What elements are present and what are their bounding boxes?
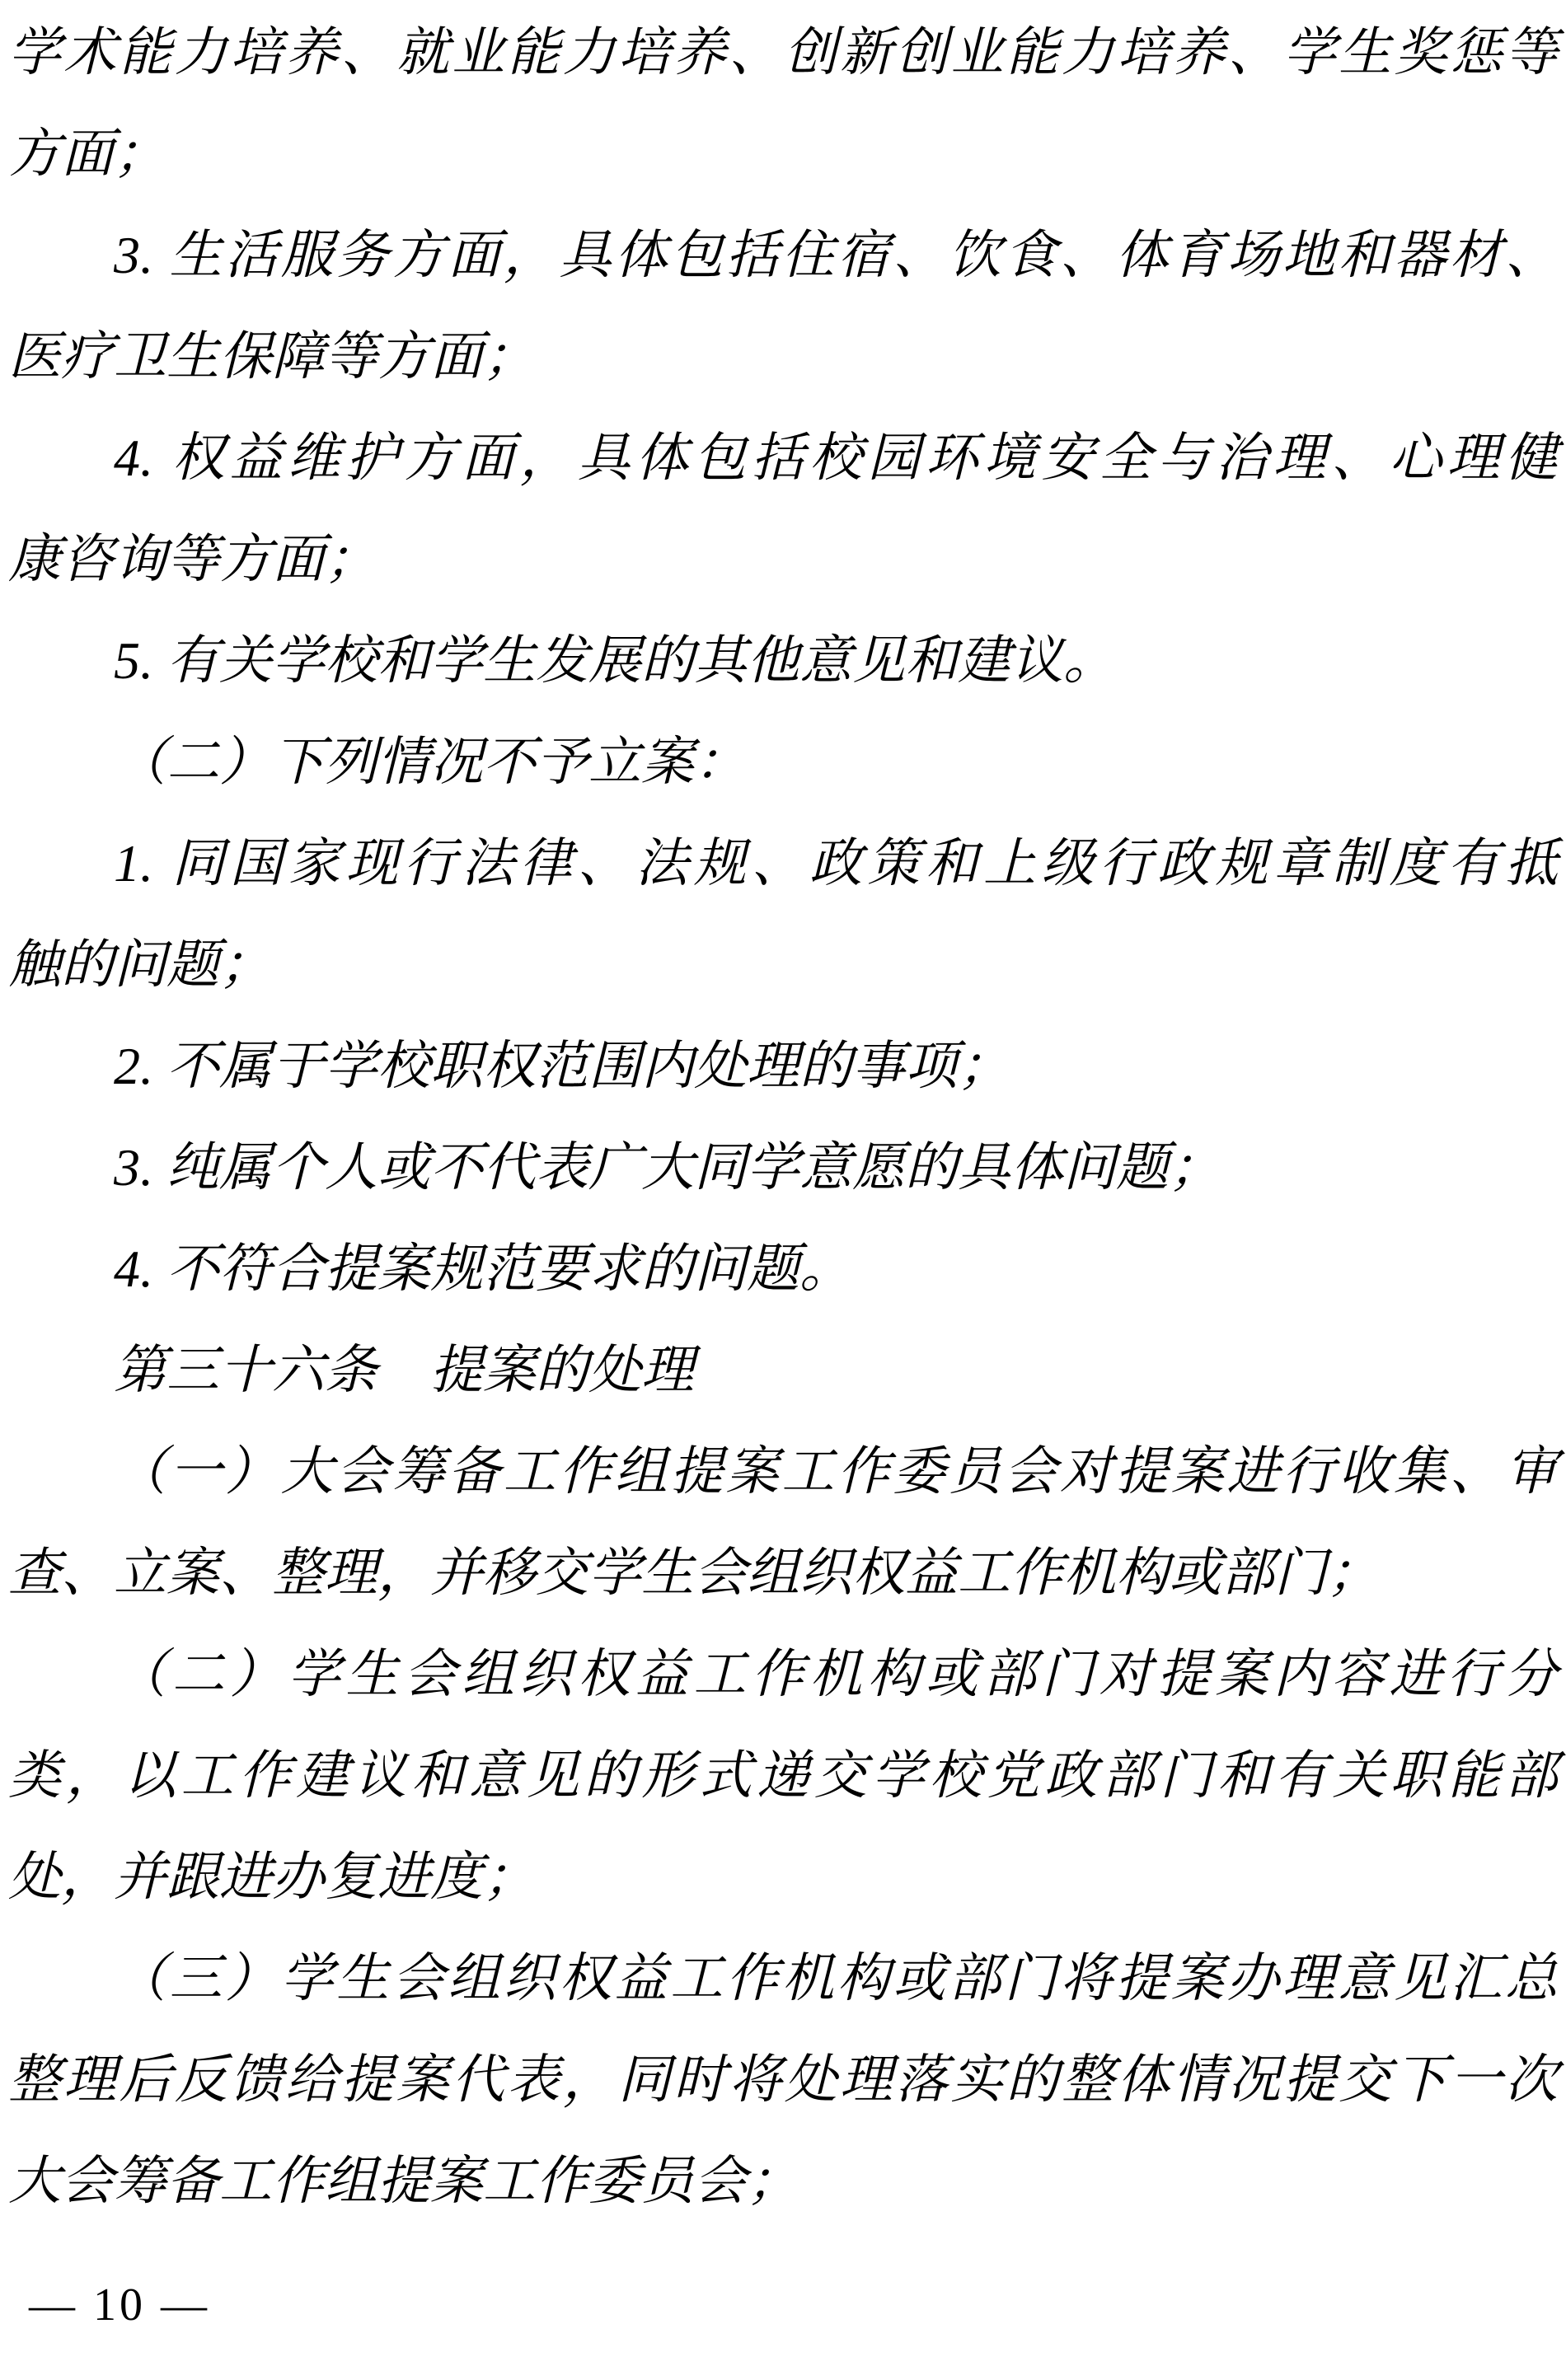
document-line: 5. 有关学校和学生发展的其他意见和建议。	[8, 610, 1558, 711]
document-line: 3. 生活服务方面，具体包括住宿、饮食、体育场地和器材、	[8, 204, 1558, 306]
document-line: 触的问题；	[8, 914, 1558, 1015]
document-text-block: 学术能力培养、就业能力培养、创新创业能力培养、学生奖惩等 方面； 3. 生活服务…	[8, 2, 1558, 2232]
document-line: 4. 权益维护方面，具体包括校园环境安全与治理、心理健	[8, 407, 1558, 508]
document-line: 3. 纯属个人或不代表广大同学意愿的具体问题；	[8, 1117, 1558, 1218]
document-line: 2. 不属于学校职权范围内处理的事项；	[8, 1015, 1558, 1117]
document-line: 处，并跟进办复进度；	[8, 1826, 1558, 1928]
document-line: （二）下列情况不予立案：	[8, 711, 1558, 813]
document-line: 康咨询等方面；	[8, 508, 1558, 610]
document-line: （一）大会筹备工作组提案工作委员会对提案进行收集、审	[8, 1421, 1558, 1522]
document-line: 整理后反馈给提案代表，同时将处理落实的整体情况提交下一次	[8, 2029, 1558, 2130]
document-line: 类，以工作建议和意见的形式递交学校党政部门和有关职能部	[8, 1725, 1558, 1826]
document-line: （三）学生会组织权益工作机构或部门将提案办理意见汇总	[8, 1928, 1558, 2029]
document-section-heading: 第三十六条 提案的处理	[8, 1319, 1558, 1421]
document-line: 1. 同国家现行法律、法规、政策和上级行政规章制度有抵	[8, 813, 1558, 914]
document-line: 查、立案、整理，并移交学生会组织权益工作机构或部门；	[8, 1522, 1558, 1623]
document-line: 学术能力培养、就业能力培养、创新创业能力培养、学生奖惩等	[8, 2, 1558, 103]
page-number-footer: — 10 —	[29, 2268, 210, 2342]
document-line: 医疗卫生保障等方面；	[8, 306, 1558, 407]
document-line: 大会筹备工作组提案工作委员会；	[8, 2130, 1558, 2232]
document-line: 方面；	[8, 103, 1558, 204]
document-line: 4. 不符合提案规范要求的问题。	[8, 1218, 1558, 1319]
document-page: 学术能力培养、就业能力培养、创新创业能力培养、学生奖惩等 方面； 3. 生活服务…	[0, 0, 1566, 2380]
document-line: （二）学生会组织权益工作机构或部门对提案内容进行分	[8, 1623, 1558, 1725]
